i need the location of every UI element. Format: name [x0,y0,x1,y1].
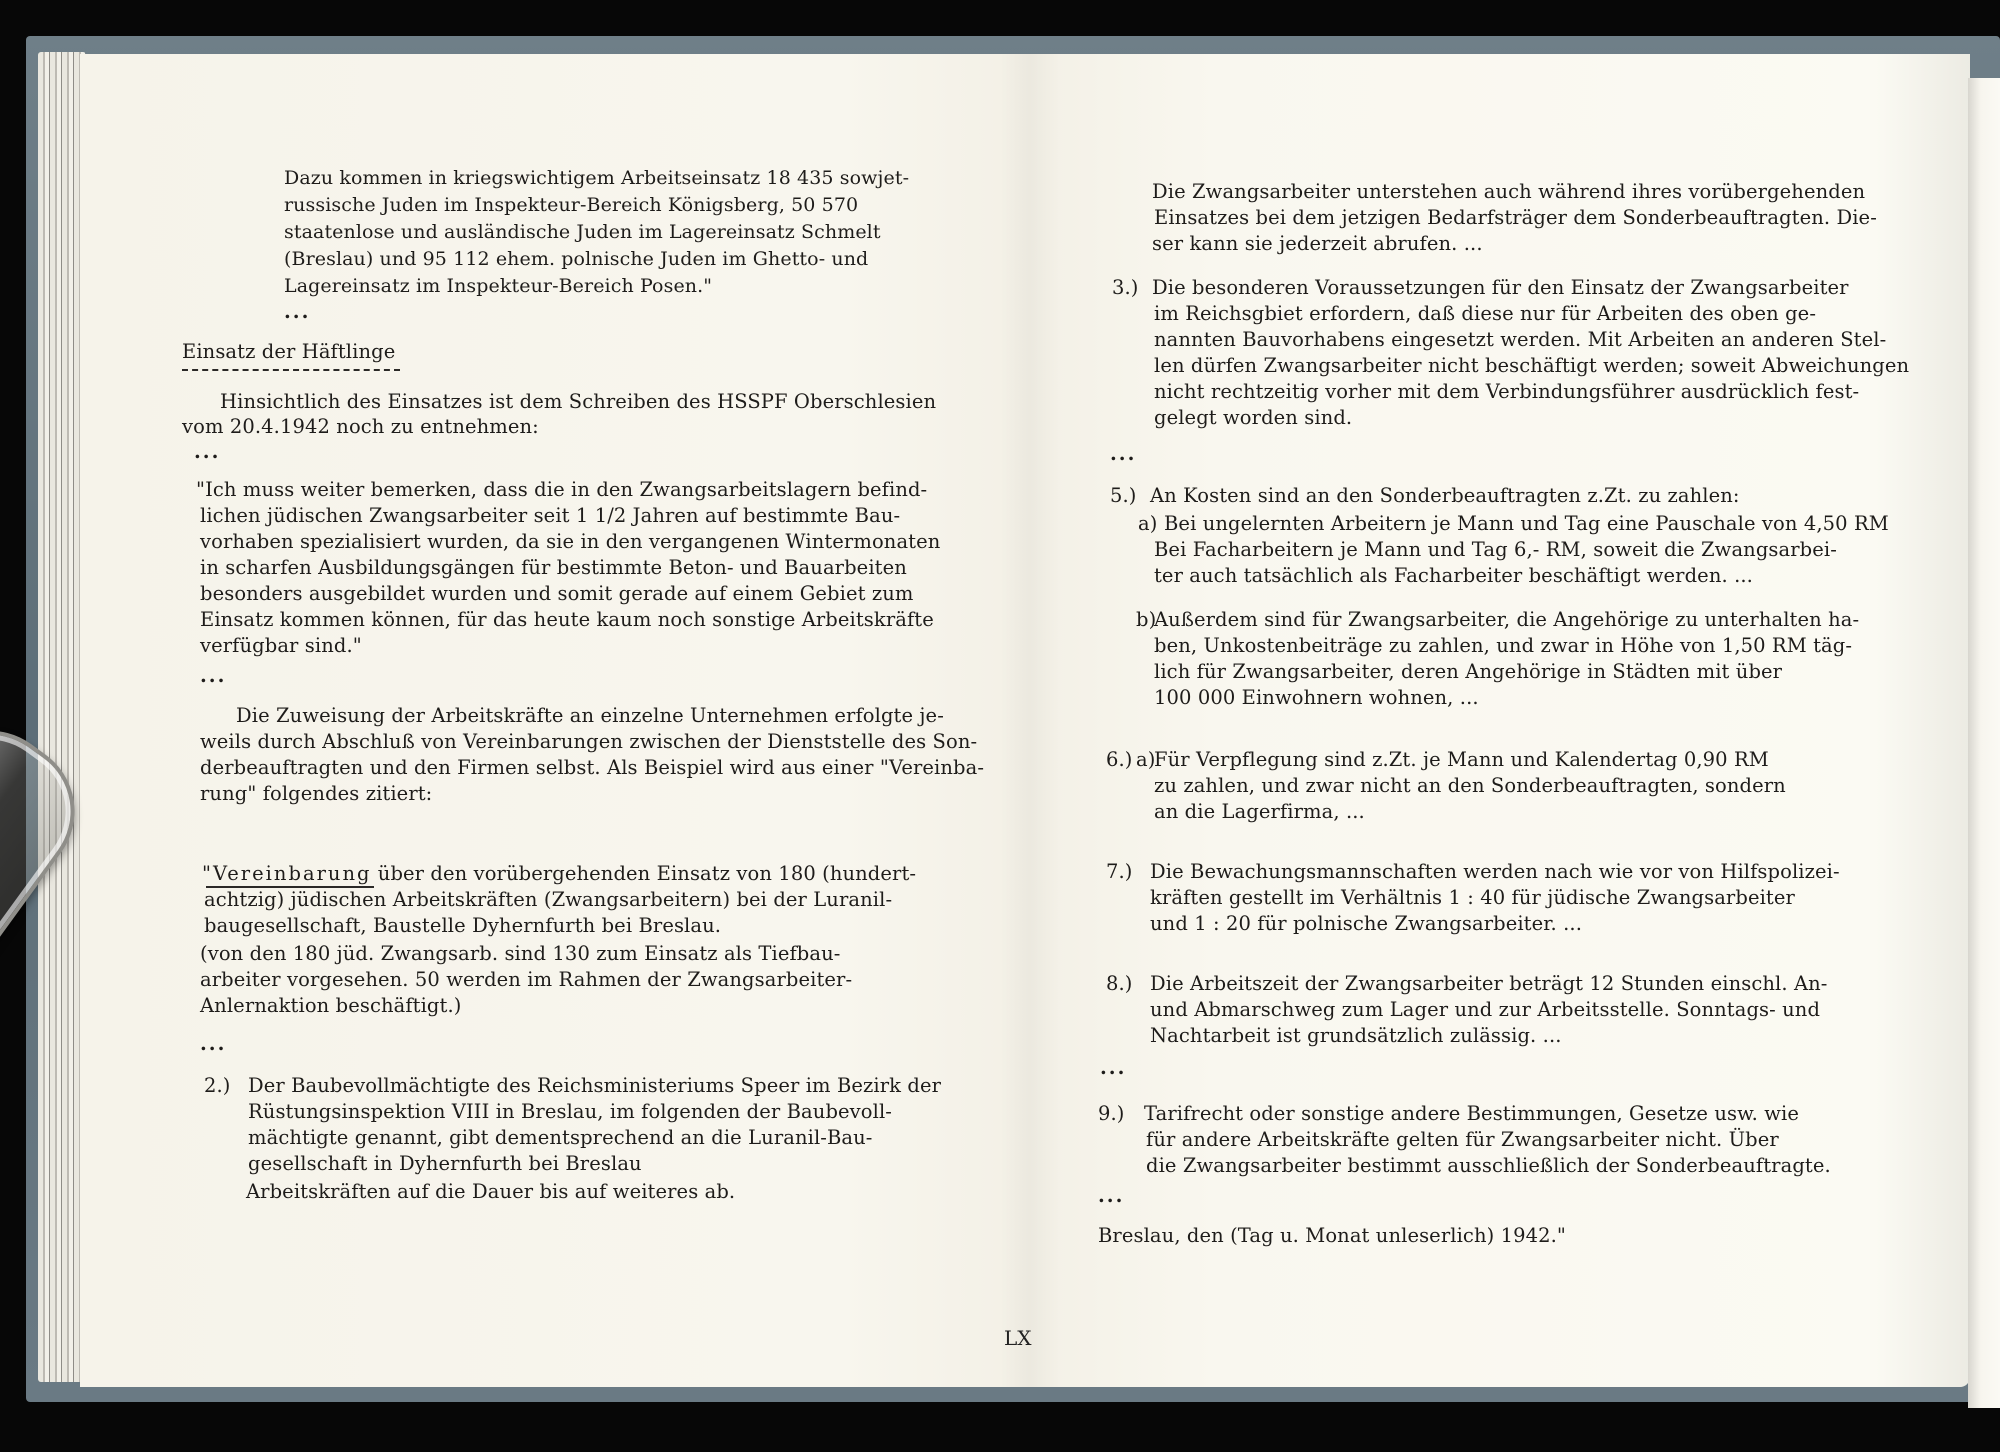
text-line: Hinsichtlich des Einsatzes ist dem Schre… [220,390,936,414]
text-line: nannten Bauvorhabens eingesetzt werden. … [1154,328,1886,352]
text-line: (Breslau) und 95 112 ehem. polnische Jud… [284,247,868,271]
text-line: staatenlose und ausländische Juden im La… [284,220,881,244]
closing-line: Breslau, den (Tag u. Monat unleserlich) … [1098,1224,1566,1248]
text-line: vorhaben spezialisiert wurden, da sie in… [200,530,940,554]
book-gutter [1000,54,1060,1387]
ellipsis: ... [1100,1056,1126,1080]
text-line: mächtigte genannt, gibt dementsprechend … [248,1126,873,1150]
text-line: ser kann sie jederzeit abrufen. ... [1152,232,1483,256]
text-line: kräften gestellt im Verhältnis 1 : 40 fü… [1150,886,1795,910]
text-line: Der Baubevollmächtigte des Reichsministe… [248,1074,941,1098]
page-number: LX [1004,1326,1032,1350]
item-number: 6.) [1106,748,1133,772]
text-line: weils durch Abschluß von Vereinbarungen … [200,730,977,754]
text-line: rung" folgendes zitiert: [200,782,432,806]
agreement-first-line: "Vereinbarung über den vorübergehenden E… [202,862,916,886]
text-line: vom 20.4.1942 noch zu entnehmen: [182,415,539,439]
text-line: im Reichsgbiet erfordern, daß diese nur … [1154,302,1816,326]
text-line: lich für Zwangsarbeiter, deren Angehörig… [1154,660,1782,684]
text-line: (von den 180 jüd. Zwangsarb. sind 130 zu… [200,942,840,966]
page-edges-stack [38,52,86,1382]
section-heading: Einsatz der Häftlinge [182,340,395,364]
text-line: "Ich muss weiter bemerken, dass die in d… [196,478,927,502]
text-line: für andere Arbeitskräfte gelten für Zwan… [1146,1128,1779,1152]
text-line: verfügbar sind." [200,634,362,658]
text-line: 100 000 Einwohnern wohnen, ... [1154,686,1479,710]
text-line: Die Bewachungsmannschaften werden nach w… [1150,860,1840,884]
text-line: achtzig) jüdischen Arbeitskräften (Zwang… [204,888,892,912]
text-line: Die Arbeitszeit der Zwangsarbeiter beträ… [1150,972,1827,996]
ellipsis: ... [194,440,220,464]
text-line: baugesellschaft, Baustelle Dyhernfurth b… [204,914,721,938]
ellipsis: ... [200,1032,226,1056]
text-line: derbeauftragten und den Firmen selbst. A… [200,756,984,780]
ellipsis: ... [1110,442,1136,466]
text-line: Lagereinsatz im Inspekteur-Bereich Posen… [284,274,712,298]
text-line: und Abmarschweg zum Lager und zur Arbeit… [1150,998,1820,1022]
text-line: Die Zuweisung der Arbeitskräfte an einze… [236,704,944,728]
text-line: und 1 : 20 für polnische Zwangsarbeiter.… [1150,912,1582,936]
text-line: die Zwangsarbeiter bestimmt ausschließli… [1146,1154,1831,1178]
text-line: ter auch tatsächlich als Facharbeiter be… [1154,564,1753,588]
text-line: ben, Unkostenbeiträge zu zahlen, und zwa… [1154,634,1852,658]
agreement-title: "Vereinbarung [202,862,372,885]
text-line: in scharfen Ausbildungsgängen für bestim… [200,556,907,580]
item-number: 5.) [1110,484,1137,508]
item-number: 3.) [1112,276,1139,300]
text-line: Arbeitskräften auf die Dauer bis auf wei… [246,1180,735,1204]
sub-label: a) [1136,748,1155,772]
item-number: 7.) [1106,860,1133,884]
text-line: Für Verpflegung sind z.Zt. je Mann und K… [1154,748,1769,772]
text-line: Außerdem sind für Zwangsarbeiter, die An… [1154,608,1859,632]
text-line: Rüstungsinspektion VIII in Breslau, im f… [248,1100,892,1124]
text-line: besonders ausgebildet wurden und somit g… [200,582,913,606]
right-page-edge [1968,78,2000,1408]
text-line: russische Juden im Inspekteur-Bereich Kö… [284,193,858,217]
text-line: Dazu kommen in kriegswichtigem Arbeitsei… [284,166,909,190]
text-line: Die Zwangsarbeiter unterstehen auch währ… [1152,180,1865,204]
text-line: Einsatz kommen können, für das heute kau… [200,608,934,632]
text-line: zu zahlen, und zwar nicht an den Sonderb… [1154,774,1786,798]
ellipsis: ... [1098,1184,1124,1208]
ellipsis: ... [284,300,310,324]
text-line: Die besonderen Voraussetzungen für den E… [1152,276,1849,300]
text-line: Anlernaktion beschäftigt.) [200,994,461,1018]
sub-label: a) [1138,512,1157,536]
item-number: 2.) [204,1074,231,1098]
item-number: 8.) [1106,972,1133,996]
text-line: lichen jüdischen Zwangsarbeiter seit 1 1… [200,504,900,528]
text-line: Nachtarbeit ist grundsätzlich zulässig. … [1150,1024,1562,1048]
text-line: Bei Facharbeitern je Mann und Tag 6,- RM… [1154,538,1837,562]
text-line: An Kosten sind an den Sonderbeauftragten… [1150,484,1740,508]
item-number: 9.) [1098,1102,1125,1126]
text-line: len dürfen Zwangsarbeiter nicht beschäft… [1154,354,1909,378]
text-line: an die Lagerfirma, ... [1154,800,1365,824]
text-line: Tarifrecht oder sonstige andere Bestimmu… [1144,1102,1799,1126]
text-line: gelegt worden sind. [1154,406,1352,430]
heading-underline [182,369,400,371]
text-line: Einsatzes bei dem jetzigen Bedarfsträger… [1154,206,1877,230]
text-line: arbeiter vorgesehen. 50 werden im Rahmen… [200,968,852,992]
text-line: nicht rechtzeitig vorher mit dem Verbind… [1154,380,1859,404]
text-line: Bei ungelernten Arbeitern je Mann und Ta… [1164,512,1889,536]
text-line: gesellschaft in Dyhernfurth bei Breslau [248,1152,642,1176]
ellipsis: ... [200,664,226,688]
